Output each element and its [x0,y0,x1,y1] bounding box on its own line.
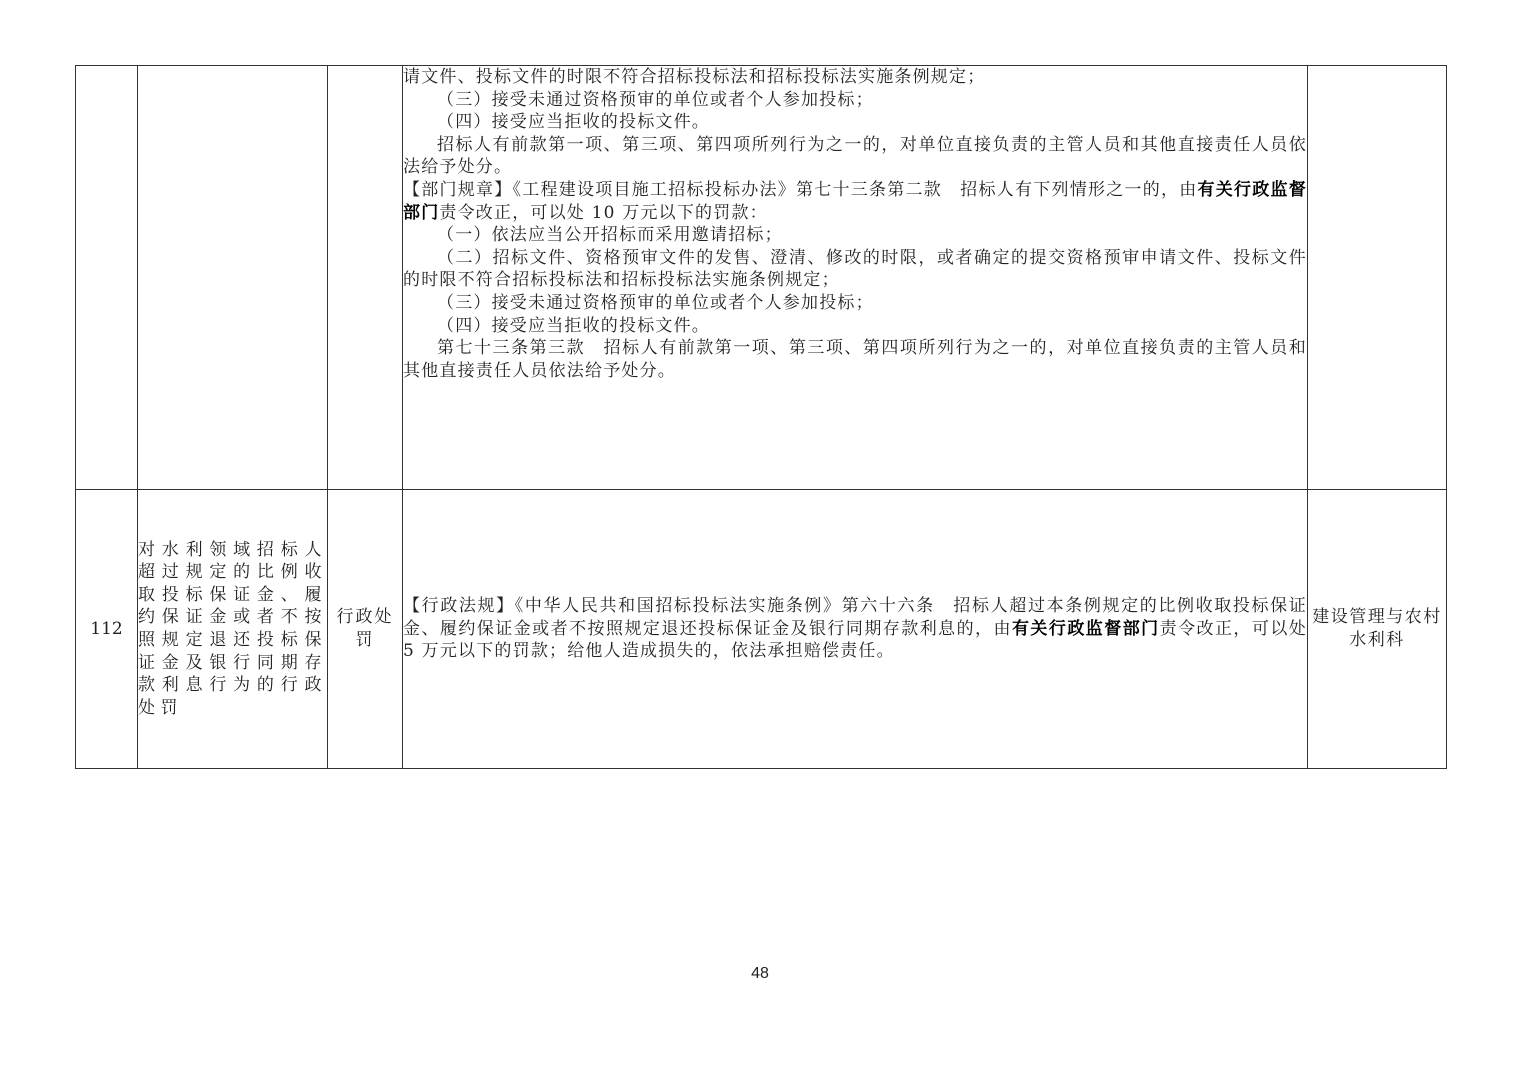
basis-line: （四）接受应当拒收的投标文件。 [403,315,1307,338]
legal-basis: 【行政法规】《中华人民共和国招标投标法实施条例》第六十六条 招标人超过本条例规定… [403,490,1308,769]
penalty-type: 行政处罚 [328,490,403,769]
item-name: 对水利领域招标人超过规定的比例收取投标保证金、履约保证金或者不按照规定退还投标保… [138,490,328,769]
basis-line: （四）接受应当拒收的投标文件。 [403,111,1307,134]
penalty-table: 请文件、投标文件的时限不符合招标投标法和招标投标法实施条例规定； （三）接受未通… [75,65,1447,769]
basis-line: 第七十三条第三款 招标人有前款第一项、第三项、第四项所列行为之一的，对单位直接负… [403,337,1307,382]
department: 建设管理与农村水利科 [1308,490,1447,769]
basis-line: （三）接受未通过资格预审的单位或者个人参加投标； [403,292,1307,315]
row-index: 112 [76,490,138,769]
basis-line: （三）接受未通过资格预审的单位或者个人参加投标； [403,89,1307,112]
page-number: 48 [0,965,1520,983]
authority-highlight: 有关行政监督部门 [1012,619,1160,639]
basis-line: （二）招标文件、资格预审文件的发售、澄清、修改的时限，或者确定的提交资格预审申请… [403,247,1307,292]
basis-text: 责令改正，可以处 10 万元以下的罚款： [439,203,767,223]
legal-basis: 请文件、投标文件的时限不符合招标投标法和招标投标法实施条例规定； （三）接受未通… [403,66,1308,490]
basis-line: 请文件、投标文件的时限不符合招标投标法和招标投标法实施条例规定； [403,66,1307,89]
basis-line: 【部门规章】《工程建设项目施工招标投标办法》第七十三条第二款 招标人有下列情形之… [403,179,1307,224]
row-index [76,66,138,490]
basis-line: 招标人有前款第一项、第三项、第四项所列行为之一的，对单位直接负责的主管人员和其他… [403,134,1307,179]
basis-line: （一）依法应当公开招标而采用邀请招标； [403,224,1307,247]
basis-line: 【行政法规】《中华人民共和国招标投标法实施条例》第六十六条 招标人超过本条例规定… [403,595,1307,663]
table-row-continued: 请文件、投标文件的时限不符合招标投标法和招标投标法实施条例规定； （三）接受未通… [76,66,1447,490]
basis-text: 【部门规章】《工程建设项目施工招标投标办法》第七十三条第二款 招标人有下列情形之… [403,180,1198,200]
item-name [138,66,328,490]
department [1308,66,1447,490]
table-row: 112 对水利领域招标人超过规定的比例收取投标保证金、履约保证金或者不按照规定退… [76,490,1447,769]
penalty-type [328,66,403,490]
